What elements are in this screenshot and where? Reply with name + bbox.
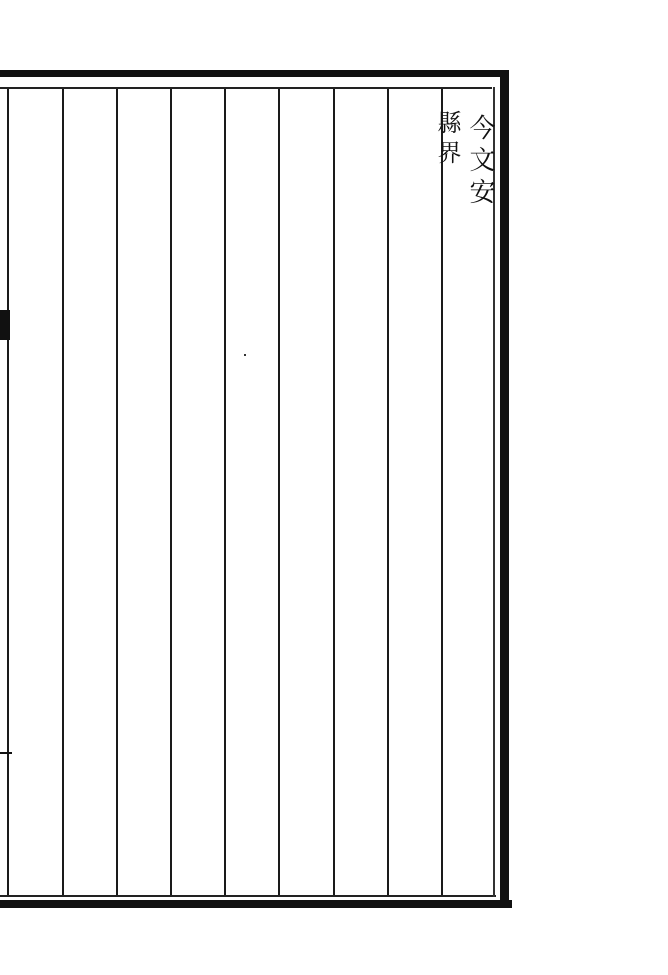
- inner-border-top: [0, 87, 492, 89]
- column-rule: [224, 89, 226, 895]
- ink-speck: [244, 354, 246, 356]
- column-rule: [333, 89, 335, 895]
- text-column-note: 縣界: [430, 110, 465, 170]
- column-rule: [170, 89, 172, 895]
- book-page: 今文安 縣界: [0, 0, 668, 975]
- inner-border-bottom: [0, 895, 496, 897]
- outer-border-right: [500, 70, 509, 908]
- column-rule: [116, 89, 118, 895]
- column-rule: [441, 89, 443, 895]
- text-column-main: 今文安: [462, 114, 499, 210]
- column-rule: [7, 89, 9, 895]
- outer-border-bottom: [0, 900, 512, 908]
- margin-tick: [0, 752, 12, 754]
- column-rule: [278, 89, 280, 895]
- fishtail-mark: [0, 310, 10, 340]
- column-rule: [62, 89, 64, 895]
- outer-border-top: [0, 70, 508, 77]
- column-rule: [387, 89, 389, 895]
